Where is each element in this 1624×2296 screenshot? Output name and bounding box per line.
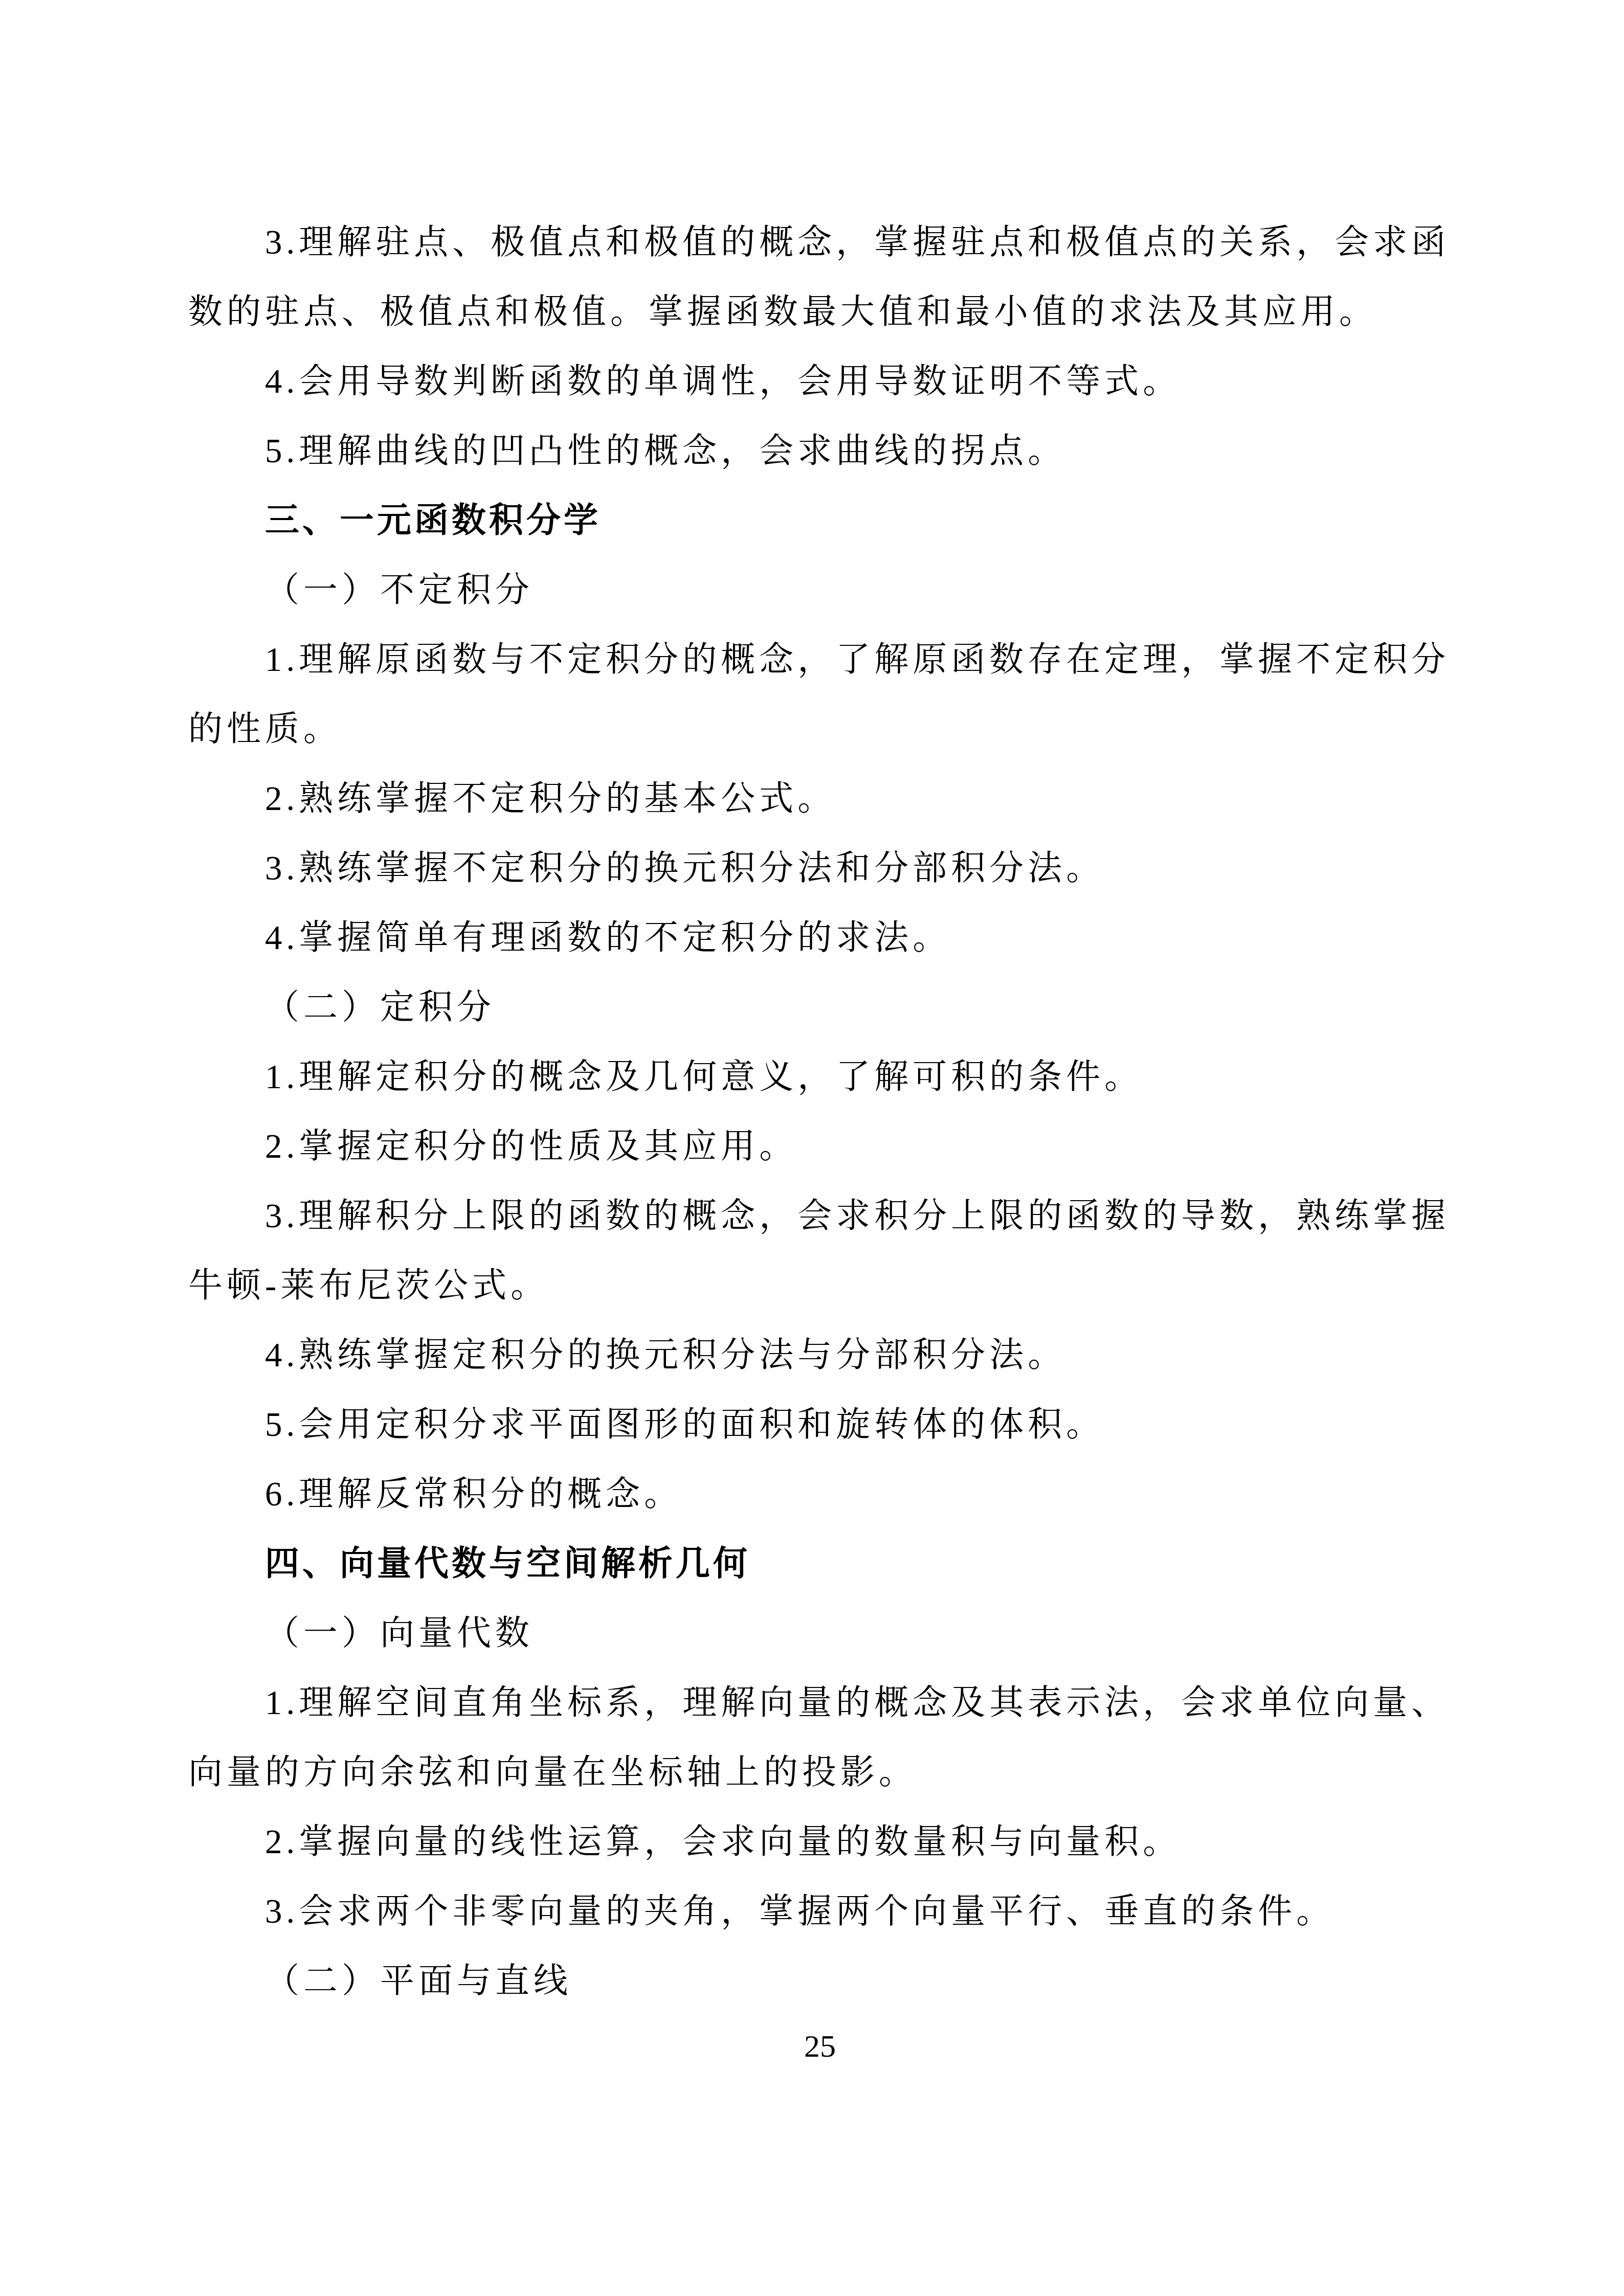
paragraph-line: 4.熟练掌握定积分的换元积分法与分部积分法。	[188, 1320, 1452, 1390]
document-page: 3.理解驻点、极值点和极值的概念，掌握驻点和极值点的关系，会求函 数的驻点、极值…	[0, 0, 1624, 2296]
paragraph-line: 5.理解曲线的凹凸性的概念，会求曲线的拐点。	[188, 416, 1452, 486]
paragraph-line: 4.掌握简单有理函数的不定积分的求法。	[188, 903, 1452, 973]
subsection-heading-vector-algebra: （一）向量代数	[188, 1599, 1452, 1668]
paragraph-line: 1.理解空间直角坐标系，理解向量的概念及其表示法，会求单位向量、	[188, 1668, 1452, 1738]
paragraph-line: 3.熟练掌握不定积分的换元积分法和分部积分法。	[188, 834, 1452, 903]
paragraph-line: 4.会用导数判断函数的单调性，会用导数证明不等式。	[188, 347, 1452, 416]
text-block: 3.理解驻点、极值点和极值的概念，掌握驻点和极值点的关系，会求函 数的驻点、极值…	[188, 208, 1452, 2016]
paragraph-line: 3.理解积分上限的函数的概念，会求积分上限的函数的导数，熟练掌握	[188, 1181, 1452, 1251]
paragraph-line: 3.会求两个非零向量的夹角，掌握两个向量平行、垂直的条件。	[188, 1877, 1452, 1946]
paragraph-line: 数的驻点、极值点和极值。掌握函数最大值和最小值的求法及其应用。	[188, 277, 1452, 347]
paragraph-line: 2.熟练掌握不定积分的基本公式。	[188, 764, 1452, 834]
paragraph-line: 1.理解原函数与不定积分的概念，了解原函数存在定理，掌握不定积分	[188, 625, 1452, 694]
subsection-heading-definite-integral: （二）定积分	[188, 973, 1452, 1042]
subsection-heading-plane-and-line: （二）平面与直线	[188, 1946, 1452, 2016]
paragraph-line: 5.会用定积分求平面图形的面积和旋转体的体积。	[188, 1390, 1452, 1459]
paragraph-line: 3.理解驻点、极值点和极值的概念，掌握驻点和极值点的关系，会求函	[188, 208, 1452, 277]
subsection-heading-indefinite-integral: （一）不定积分	[188, 555, 1452, 625]
paragraph-line: 向量的方向余弦和向量在坐标轴上的投影。	[188, 1738, 1452, 1807]
paragraph-line: 6.理解反常积分的概念。	[188, 1459, 1452, 1529]
section-heading-integral-calculus: 三、一元函数积分学	[188, 486, 1452, 555]
paragraph-line: 1.理解定积分的概念及几何意义，了解可积的条件。	[188, 1042, 1452, 1112]
paragraph-line: 的性质。	[188, 694, 1452, 764]
section-heading-vector-algebra: 四、向量代数与空间解析几何	[188, 1529, 1452, 1599]
paragraph-line: 2.掌握定积分的性质及其应用。	[188, 1112, 1452, 1181]
paragraph-line: 2.掌握向量的线性运算，会求向量的数量积与向量积。	[188, 1807, 1452, 1877]
page-number: 25	[188, 2021, 1452, 2072]
paragraph-line: 牛顿-莱布尼茨公式。	[188, 1251, 1452, 1320]
